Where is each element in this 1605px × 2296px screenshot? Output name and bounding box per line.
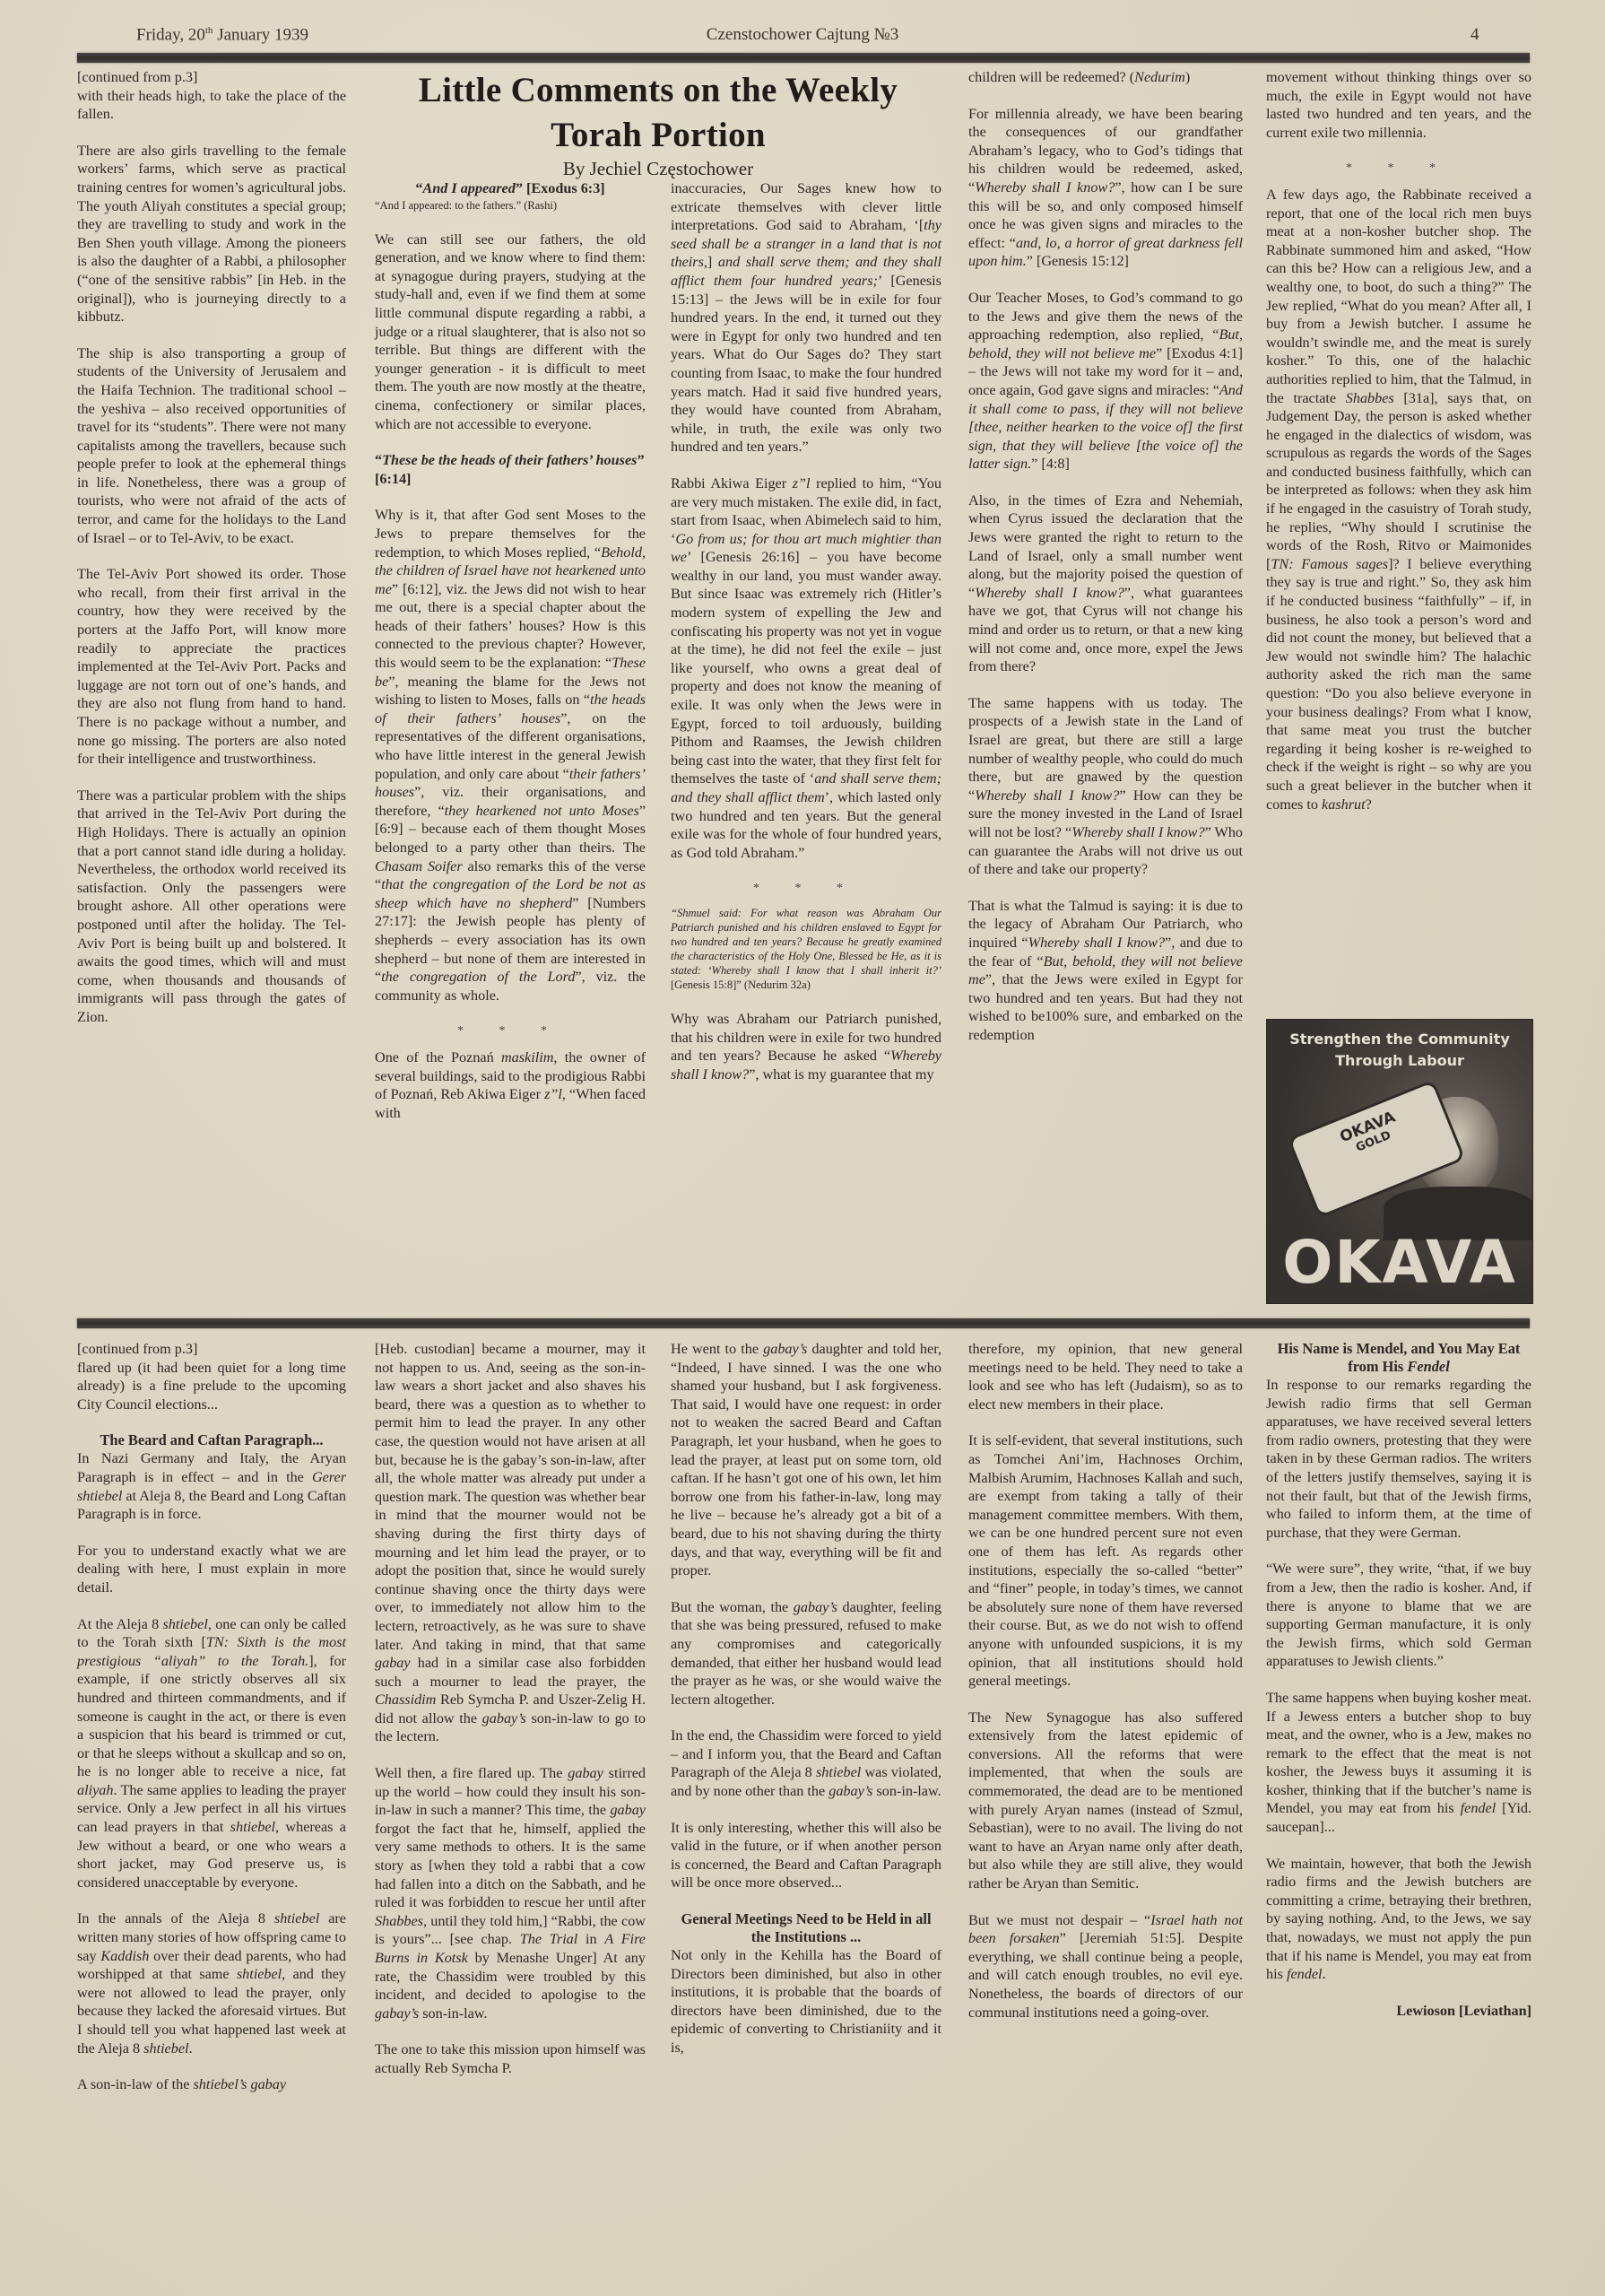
italic-text: gabay bbox=[610, 1802, 646, 1818]
text-run: [31a], says that, on Judgement Day, the … bbox=[1266, 390, 1531, 572]
text-run: ” [Genesis 15:12] bbox=[1027, 253, 1129, 269]
paragraph: “And I appeared” [Exodus 6:3] bbox=[375, 179, 646, 198]
text-run: ) bbox=[1185, 69, 1190, 85]
paragraph: There are also girls travelling to the f… bbox=[77, 142, 346, 326]
text-run: Rabbi Akiwa Eiger bbox=[671, 475, 793, 491]
text-run: Not only in the Kehilla has the Board of… bbox=[671, 1947, 941, 2056]
italic-text: shtiebel bbox=[162, 1616, 207, 1632]
italic-text: gabay’s bbox=[794, 1599, 837, 1615]
ad-slogan: Strengthen the Community Through Labour bbox=[1267, 1029, 1532, 1072]
text-run: ”, what is my guarantee that my bbox=[749, 1066, 933, 1083]
verse-heading: “These be the heads of their fathers’ ho… bbox=[375, 451, 646, 488]
text-run: . bbox=[189, 2040, 193, 2057]
italic-text: “Shmuel said: For what reason was Abraha… bbox=[671, 907, 941, 977]
text-run: * * * bbox=[1346, 161, 1452, 175]
paragraph: flared up (it had been quiet for a long … bbox=[77, 1359, 346, 1414]
paragraph: movement without thinking things over so… bbox=[1266, 68, 1531, 142]
paragraph: But the woman, the gabay’s daughter, fee… bbox=[671, 1598, 941, 1709]
paragraph: We can still see our fathers, the old ge… bbox=[375, 230, 646, 434]
text-run: [Genesis 15:8]” (Nedurim 32a) bbox=[671, 978, 811, 991]
text-run: But the woman, the bbox=[671, 1599, 794, 1615]
paragraph: At the Aleja 8 shtiebel, one can only be… bbox=[77, 1615, 346, 1892]
paragraph: “We were sure”, they write, “that, if we… bbox=[1266, 1560, 1531, 1671]
italic-text: gabay’s bbox=[482, 1710, 526, 1726]
text-run: But we must not despair – “ bbox=[968, 1912, 1150, 1928]
paragraph: In response to our remarks regarding the… bbox=[1266, 1376, 1531, 1542]
paragraph: A son-in-law of the shtiebel’s gabay bbox=[77, 2075, 346, 2094]
text-run: * * * bbox=[457, 1024, 563, 1038]
text-run: For you to understand exactly what we ar… bbox=[77, 1543, 346, 1596]
italic-text: they hearkened not unto Moses bbox=[445, 803, 639, 819]
paragraph: One of the Poznań maskilim, the owner of… bbox=[375, 1048, 646, 1122]
column-mendel-fendel: His Name is Mendel, and You May Eat from… bbox=[1266, 1340, 1531, 2038]
italic-text: shtiebel bbox=[816, 1764, 861, 1780]
paragraph: For millennia already, we have been bear… bbox=[968, 105, 1243, 271]
italic-text: Whereby shall I know? bbox=[975, 585, 1124, 601]
paragraph: A few days ago, the Rabbinate received a… bbox=[1266, 186, 1531, 813]
italic-text: Whereby shall I know? bbox=[975, 179, 1115, 196]
column-beard-caftan-2: [Heb. custodian] became a mourner, may i… bbox=[375, 1340, 646, 2078]
italic-text: gabay’s bbox=[829, 1783, 872, 1799]
italic-text: Nedurim bbox=[1134, 69, 1185, 85]
article-headline: Little Comments on the Weekly Torah Port… bbox=[375, 68, 941, 158]
italic-text: gabay’s bbox=[763, 1341, 807, 1357]
paragraph: [continued from p.3] bbox=[77, 68, 346, 87]
text-run: At the Aleja 8 bbox=[77, 1616, 162, 1632]
italic-text: Whereby shall I know? bbox=[975, 787, 1119, 804]
text-run: ”, that the Jews were exiled in Egypt fo… bbox=[968, 971, 1243, 1043]
section-heading: General Meetings Need to be Held in all … bbox=[671, 1910, 941, 1946]
top-rule-divider bbox=[77, 53, 1530, 63]
asterism-divider: * * * bbox=[1266, 160, 1531, 178]
text-run: The New Synagogue has also suffered exte… bbox=[968, 1709, 1243, 1892]
paragraph: We maintain, however, that both the Jewi… bbox=[1266, 1855, 1531, 1984]
section-heading: His Name is Mendel, and You May Eat from… bbox=[1266, 1340, 1531, 1376]
italic-text: fendel bbox=[1461, 1800, 1497, 1816]
text-run: A few days ago, the Rabbinate received a… bbox=[1266, 187, 1531, 406]
text-run: “ bbox=[375, 452, 382, 468]
text-run: ” [4:8] bbox=[1031, 456, 1070, 472]
text-run: “We were sure”, they write, “that, if we… bbox=[1266, 1561, 1531, 1669]
text-run: Our Teacher Moses, to God’s command to g… bbox=[968, 290, 1243, 343]
italic-text: Shabbes bbox=[1346, 390, 1394, 406]
paragraph: But we must not despair – “Israel hath n… bbox=[968, 1911, 1243, 2022]
paragraph: Well then, a fire flared up. The gabay s… bbox=[375, 1764, 646, 2022]
paragraph: Why is it, that after God sent Moses to … bbox=[375, 506, 646, 1004]
asterism-divider: * * * bbox=[671, 880, 941, 899]
ad-slogan-line-1: Strengthen the Community bbox=[1267, 1029, 1532, 1050]
text-run: ], for example, if one strictly observes… bbox=[77, 1653, 346, 1780]
paragraph: There was a particular problem with the … bbox=[77, 787, 346, 1027]
text-run: We can still see our fathers, the old ge… bbox=[375, 231, 646, 432]
text-run: ’ [Genesis 26:16] – you have become weal… bbox=[671, 549, 941, 787]
italic-text: fendel bbox=[1287, 1966, 1323, 1982]
column-beard-caftan-3: He went to the gabay’s daughter and told… bbox=[671, 1340, 941, 2057]
paragraph: children will be redeemed? (Nedurim) bbox=[968, 68, 1243, 87]
italic-text: These be the heads of their fathers’ hou… bbox=[382, 452, 637, 468]
paragraph: Not only in the Kehilla has the Board of… bbox=[671, 1946, 941, 2057]
italic-text: Chasam Soifer bbox=[375, 858, 463, 874]
can-label: OKAVA GOLD bbox=[1311, 1098, 1431, 1171]
text-run: [continued from p.3] bbox=[77, 69, 197, 85]
paragraph: The New Synagogue has also suffered exte… bbox=[968, 1709, 1243, 1893]
italic-text: Fendel bbox=[1407, 1358, 1449, 1375]
text-run: “And I appeared: to the fathers.” (Rashi… bbox=[375, 199, 557, 212]
paragraph: inaccuracies, Our Sages knew how to extr… bbox=[671, 179, 941, 457]
italic-text: Chassidim bbox=[375, 1692, 436, 1708]
text-run: inaccuracies, Our Sages knew how to extr… bbox=[671, 180, 941, 233]
paragraph: The ship is also transporting a group of… bbox=[77, 344, 346, 548]
text-run: with their heads high, to take the place… bbox=[77, 88, 346, 123]
page-header: Friday, 20th January 1939 Czenstochower … bbox=[0, 25, 1605, 52]
text-run: There was a particular problem with the … bbox=[77, 787, 346, 1025]
text-run: His Name is Mendel, and You May Eat from… bbox=[1278, 1340, 1521, 1375]
paragraph: [continued from p.3] bbox=[77, 1340, 346, 1359]
text-run: There are also girls travelling to the f… bbox=[77, 143, 346, 325]
text-run: ? bbox=[1366, 796, 1372, 813]
italic-text: aliyah bbox=[77, 1782, 113, 1798]
text-run: ] bbox=[707, 254, 718, 270]
okava-advertisement: Strengthen the Community Through Labour … bbox=[1266, 1019, 1533, 1304]
text-run: Lewioson [Leviathan] bbox=[1396, 2003, 1531, 2019]
italic-text: Kaddish bbox=[100, 1948, 149, 1964]
text-run: children will be redeemed? ( bbox=[968, 69, 1134, 85]
paragraph: In the end, the Chassidim were forced to… bbox=[671, 1726, 941, 1800]
paragraph: The same happens with us today. The pros… bbox=[968, 694, 1243, 879]
text-run: General Meetings Need to be Held in all … bbox=[681, 1910, 931, 1945]
column-torah-comments-2: inaccuracies, Our Sages knew how to extr… bbox=[671, 179, 941, 1083]
column-torah-comments-3: children will be redeemed? (Nedurim)For … bbox=[968, 68, 1243, 1045]
italic-text: the congregation of the Lord bbox=[381, 969, 575, 985]
paragraph: It is self-evident, that several institu… bbox=[968, 1431, 1243, 1690]
text-run: son-in-law. bbox=[872, 1783, 941, 1799]
paragraph: “And I appeared: to the fathers.” (Rashi… bbox=[375, 198, 646, 213]
text-run: In Nazi Germany and Italy, the Aryan Par… bbox=[77, 1450, 346, 1485]
ad-slogan-line-2: Through Labour bbox=[1267, 1050, 1532, 1072]
paragraph: For you to understand exactly what we ar… bbox=[77, 1542, 346, 1597]
italic-text: And I appeared bbox=[422, 180, 515, 196]
page-number: 4 bbox=[1471, 25, 1479, 45]
column-continued-article: [continued from p.3]with their heads hig… bbox=[77, 68, 346, 1045]
paragraph: In the annals of the Aleja 8 shtiebel ar… bbox=[77, 1909, 346, 2057]
column-general-meetings: therefore, my opinion, that new general … bbox=[968, 1340, 1243, 2022]
italic-text: gabay bbox=[568, 1765, 603, 1781]
italic-text: gabay’s bbox=[375, 2005, 419, 2022]
text-run: The Tel-Aviv Port showed its order. Thos… bbox=[77, 566, 346, 767]
article-byline: By Jechiel Częstochower bbox=[375, 158, 941, 180]
text-run: had in a similar case also forbidden suc… bbox=[375, 1655, 646, 1690]
author-signature: Lewioson [Leviathan] bbox=[1266, 2002, 1531, 2021]
column-torah-comments-1: “And I appeared” [Exodus 6:3]“And I appe… bbox=[375, 179, 646, 1122]
paragraph: Why was Abraham our Patriarch punished, … bbox=[671, 1010, 941, 1083]
italic-text: TN: Famous sages bbox=[1271, 556, 1388, 572]
italic-text: Shabbes bbox=[375, 1913, 423, 1929]
section-heading: The Beard and Caftan Paragraph... bbox=[77, 1431, 346, 1449]
paragraph: The Tel-Aviv Port showed its order. Thos… bbox=[77, 565, 346, 769]
text-run: * * * bbox=[753, 882, 859, 895]
italic-text: gabay bbox=[375, 1655, 411, 1671]
text-run: flared up (it had been quiet for a long … bbox=[77, 1360, 346, 1413]
italic-text: Whereby shall I know? bbox=[1028, 935, 1165, 951]
text-run: . bbox=[1323, 1966, 1326, 1982]
italic-text: shtiebel bbox=[237, 1966, 282, 1982]
column-beard-caftan-1: [continued from p.3]flared up (it had be… bbox=[77, 1340, 346, 2094]
text-run: [continued from p.3] bbox=[77, 1341, 197, 1357]
text-run: In response to our remarks regarding the… bbox=[1266, 1377, 1531, 1541]
text-run: son-in-law. bbox=[419, 2005, 487, 2022]
text-run: A son-in-law of the bbox=[77, 2076, 193, 2092]
text-run: He went to the bbox=[671, 1341, 763, 1357]
text-run: The one to take this mission upon himsel… bbox=[375, 2041, 646, 2076]
paragraph: The same happens when buying kosher meat… bbox=[1266, 1689, 1531, 1837]
italic-text: shtiebel’s gabay bbox=[193, 2076, 286, 2092]
paragraph: He went to the gabay’s daughter and told… bbox=[671, 1340, 941, 1580]
paragraph: It is only interesting, whether this wil… bbox=[671, 1819, 941, 1892]
italic-text: z”l bbox=[793, 475, 811, 491]
text-run: forgot the fact that he, himself, applie… bbox=[375, 1821, 646, 1910]
text-run: The ship is also transporting a group of… bbox=[77, 345, 346, 546]
paragraph: with their heads high, to take the place… bbox=[77, 87, 346, 124]
text-run: ]? I believe everything they say is true… bbox=[1266, 556, 1531, 813]
text-run: ” [Exodus 6:3] bbox=[516, 180, 605, 196]
paragraph: “Shmuel said: For what reason was Abraha… bbox=[671, 906, 941, 992]
italic-text: maskilim bbox=[501, 1049, 553, 1065]
text-run: It is self-evident, that several institu… bbox=[968, 1432, 1243, 1689]
text-run: Well then, a fire flared up. The bbox=[375, 1765, 568, 1781]
italic-text: Whereby shall I know? bbox=[1071, 824, 1204, 840]
text-run: In the annals of the Aleja 8 bbox=[77, 1910, 274, 1926]
paragraph: [Heb. custodian] became a mourner, may i… bbox=[375, 1340, 646, 1746]
column-torah-comments-4: movement without thinking things over so… bbox=[1266, 68, 1531, 831]
paragraph: In Nazi Germany and Italy, the Aryan Par… bbox=[77, 1449, 346, 1523]
text-run: The Beard and Caftan Paragraph... bbox=[100, 1431, 323, 1448]
asterism-divider: * * * bbox=[375, 1022, 646, 1041]
text-run: We maintain, however, that both the Jewi… bbox=[1266, 1856, 1531, 1983]
text-run: movement without thinking things over so… bbox=[1266, 69, 1531, 141]
text-run: [Heb. custodian] became a mourner, may i… bbox=[375, 1341, 646, 1653]
italic-text: The Trial bbox=[520, 1931, 578, 1947]
text-run: It is only interesting, whether this wil… bbox=[671, 1820, 941, 1892]
paragraph: therefore, my opinion, that new general … bbox=[968, 1340, 1243, 1413]
ad-brand-name: OKAVA bbox=[1267, 1231, 1532, 1294]
section-rule-divider bbox=[77, 1318, 1530, 1328]
paragraph: Also, in the times of Ezra and Nehemiah,… bbox=[968, 491, 1243, 676]
italic-text: z”l bbox=[544, 1086, 562, 1102]
text-run: daughter and told her, “Indeed, I have s… bbox=[671, 1341, 941, 1578]
text-run: in bbox=[577, 1931, 604, 1947]
text-run: therefore, my opinion, that new general … bbox=[968, 1341, 1243, 1413]
newspaper-title: Czenstochower Cajtung №3 bbox=[0, 25, 1605, 45]
paragraph: Rabbi Akiwa Eiger z”l replied to him, “Y… bbox=[671, 474, 941, 862]
italic-text: shtiebel bbox=[274, 1910, 319, 1926]
text-run: The same happens when buying kosher meat… bbox=[1266, 1690, 1531, 1817]
text-run: ” [6:12], viz. the Jews did not wish to … bbox=[375, 581, 646, 671]
text-run: ’ [Genesis 15:13] – the Jews will be in … bbox=[671, 273, 941, 455]
paragraph: The one to take this mission upon himsel… bbox=[375, 2040, 646, 2077]
text-run: One of the Poznań bbox=[375, 1049, 501, 1065]
paragraph: Our Teacher Moses, to God’s command to g… bbox=[968, 289, 1243, 474]
paragraph: That is what the Talmud is saying: it is… bbox=[968, 897, 1243, 1045]
italic-text: shtiebel bbox=[230, 1819, 275, 1835]
italic-text: kashrut bbox=[1322, 796, 1366, 813]
italic-text: shtiebel bbox=[143, 2040, 188, 2057]
